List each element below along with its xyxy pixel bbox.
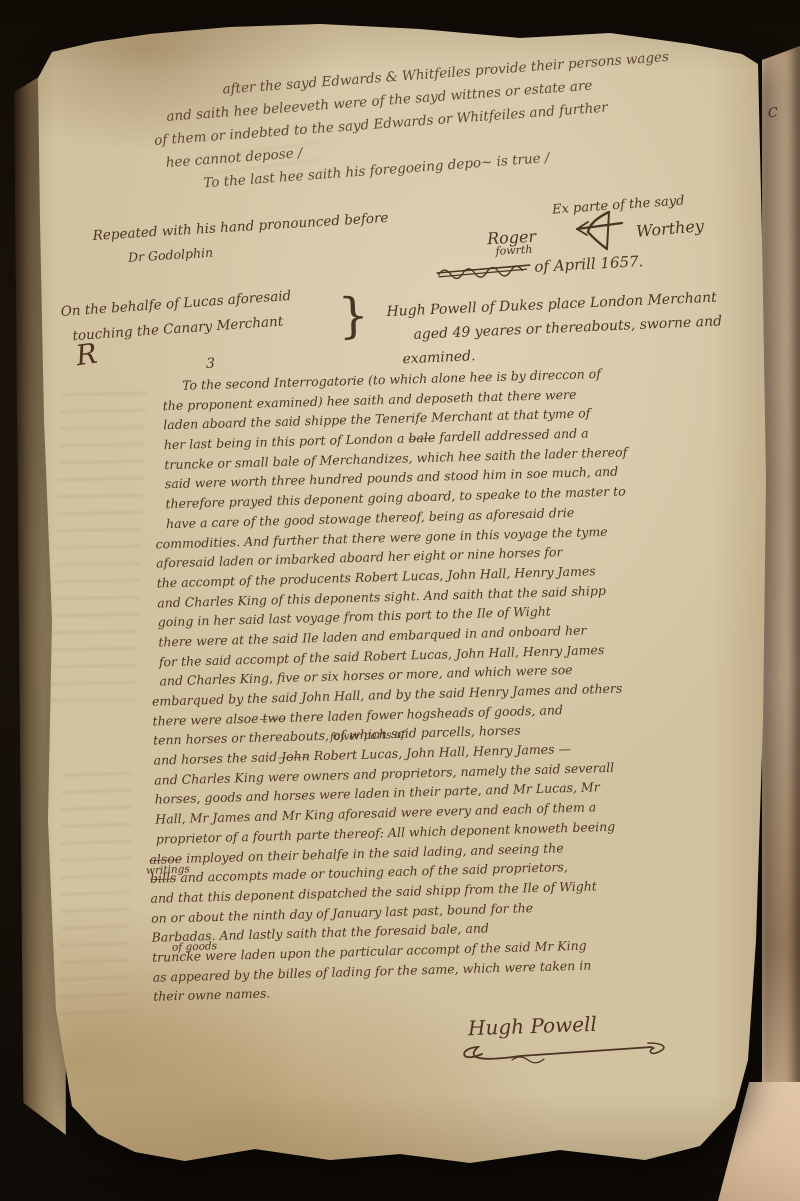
struck-word-scribble (436, 259, 531, 286)
page-wrap: after the sayd Edwards & Whitfeiles prov… (0, 0, 800, 1201)
date-text: of Aprill 1657. (534, 252, 644, 276)
deposition-body: To the second Interrogatorie (to which a… (136, 361, 800, 1009)
ink-showthrough (58, 759, 133, 1020)
interlineation: of goods (172, 940, 217, 954)
manuscript-page: after the sayd Edwards & Whitfeiles prov… (0, 0, 800, 1201)
attestation: Repeated with his hand pronounced before… (92, 206, 391, 272)
witness-surname: Worthey (635, 216, 704, 241)
margin-brace: } (337, 287, 369, 344)
witness-mark-icon (574, 208, 626, 258)
date-heading: fowrth of Aprill 1657. (436, 251, 644, 281)
article-number: 3 (206, 356, 215, 372)
photograph-background: C after the sayd Edwards & Whitfeiles pr… (0, 0, 800, 1201)
deponent-heading: Hugh Powell of Dukes place London Mercha… (386, 285, 724, 372)
paraph-mark: R (74, 337, 99, 373)
interlined-day: fowrth (495, 243, 533, 258)
signature-flourish-icon (452, 1038, 687, 1072)
closing-paragraph: after the sayd Edwards & Whitfeiles prov… (150, 42, 737, 199)
ink-showthrough (50, 379, 146, 712)
interlineation: writings (146, 863, 190, 877)
signature-name: Hugh Powell (468, 1012, 598, 1040)
